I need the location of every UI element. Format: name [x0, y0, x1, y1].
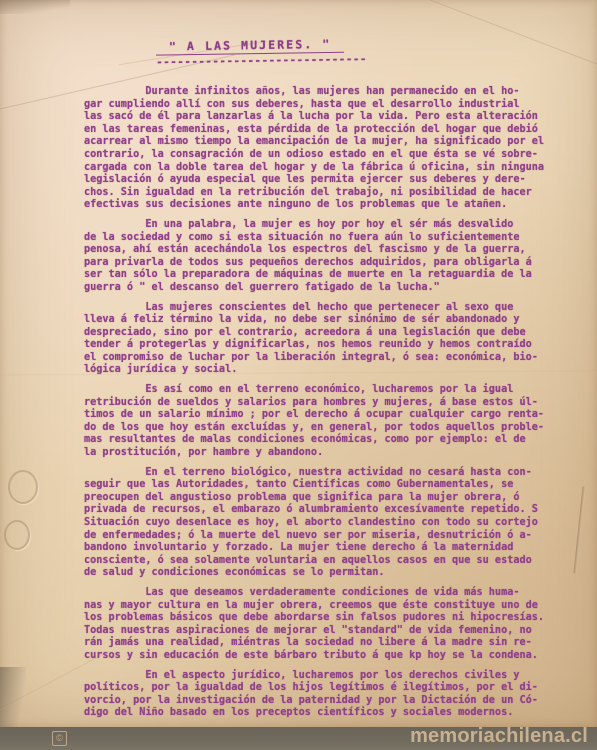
scanned-document: " A LAS MUJERES. " ---------------------… — [0, 0, 597, 750]
document-body: Durante infinitos años, las mujeres han … — [84, 86, 564, 727]
typed-paragraph: Las que deseamos verdaderamente condicio… — [84, 587, 564, 663]
paper-crease — [427, 0, 597, 72]
typed-paragraph: En el aspecto jurídico, lucharemos por l… — [84, 670, 564, 720]
title-dashed-rule: ------------------------------ — [156, 54, 367, 66]
typed-paragraph: Las mujeres conscientes del hecho que pe… — [84, 302, 564, 378]
embossed-margin-mark — [8, 470, 38, 504]
watermark-text: memoriachilena.cl — [410, 725, 588, 748]
title-block: " A LAS MUJERES. " ---------------------… — [156, 32, 367, 66]
copyright-icon: © — [52, 731, 67, 746]
paper-page: " A LAS MUJERES. " ---------------------… — [0, 0, 597, 727]
typed-paragraph: Durante infinitos años, las mujeres han … — [84, 86, 564, 212]
typed-paragraph: Es así como en el terreno económico, luc… — [84, 384, 564, 460]
paper-crease — [573, 486, 585, 574]
typed-paragraph: En una palabra, la mujer es hoy por hoy … — [84, 219, 564, 295]
embossed-margin-mark — [4, 520, 30, 550]
paper-corner-shadow — [0, 0, 70, 14]
typed-paragraph: En el terreno biológico, nuestra activid… — [84, 467, 564, 580]
scanner-bed-strip: © memoriachilena.cl — [0, 727, 597, 750]
